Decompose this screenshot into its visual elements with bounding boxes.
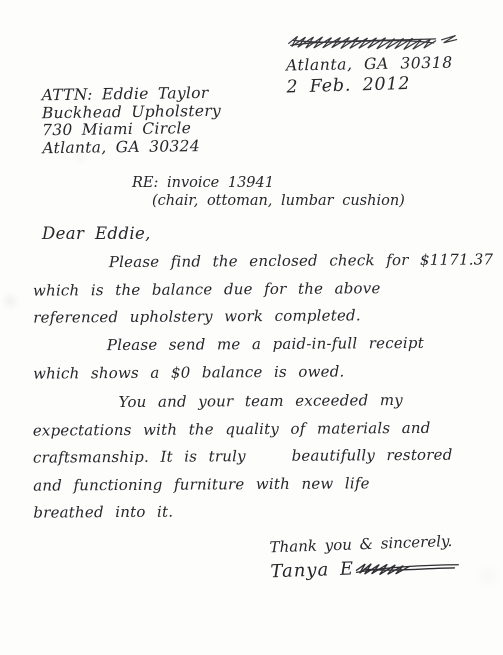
signature-row: Tanya E [270, 555, 462, 583]
paragraph-2-line-2: which shows a $0 balance is owed. [33, 357, 493, 388]
address-redaction-scribble [285, 28, 457, 55]
subject-re-line: RE: invoice 13941 [132, 175, 405, 193]
sender-block: Atlanta, GA 30318 2 Feb. 2012 [285, 28, 458, 97]
signature-redaction-scribble [354, 556, 463, 578]
paragraph-3-line-5: breathed into it. [33, 496, 493, 527]
subject-detail-line: (chair, ottoman, lumbar cushion) [152, 193, 405, 211]
paragraph-1-line-2: which is the balance due for the above [33, 274, 493, 305]
paragraph-3: You and your team exceeded my expectatio… [33, 386, 494, 527]
sender-city-line: Atlanta, GA 30318 [286, 54, 458, 75]
paragraph-1-line-1: Please find the enclosed check for $1171… [33, 246, 493, 277]
recipient-city-line: Atlanta, GA 30324 [42, 137, 221, 157]
paragraph-3-line-1: You and your team exceeded my [33, 386, 493, 417]
paragraph-2-line-1: Please send me a paid-in-full receipt [33, 329, 493, 360]
signature-name: Tanya E [270, 558, 354, 582]
paragraph-3-line-3: craftsmanship. It is truly beautifully r… [33, 441, 493, 472]
subject-block: RE: invoice 13941 (chair, ottoman, lumba… [132, 175, 405, 210]
recipient-block: ATTN: Eddie Taylor Buckhead Upholstery 7… [42, 85, 222, 157]
salutation: Dear Eddie, [42, 224, 151, 243]
paragraph-1-line-3: referenced upholstery work completed. [33, 301, 493, 332]
paragraph-3-line-2: expectations with the quality of materia… [33, 414, 493, 445]
letter-page: Atlanta, GA 30318 2 Feb. 2012 ATTN: Eddi… [0, 0, 503, 655]
sender-date-line: 2 Feb. 2012 [286, 72, 459, 97]
closing-block: Thank you & sincerely. Tanya E [269, 532, 462, 583]
paragraph-1: Please find the enclosed check for $1171… [33, 246, 494, 332]
paragraph-2: Please send me a paid-in-full receipt wh… [33, 329, 493, 387]
closing-line: Thank you & sincerely. [269, 532, 461, 557]
paragraph-3-line-4: and functioning furniture with new life [33, 469, 493, 500]
